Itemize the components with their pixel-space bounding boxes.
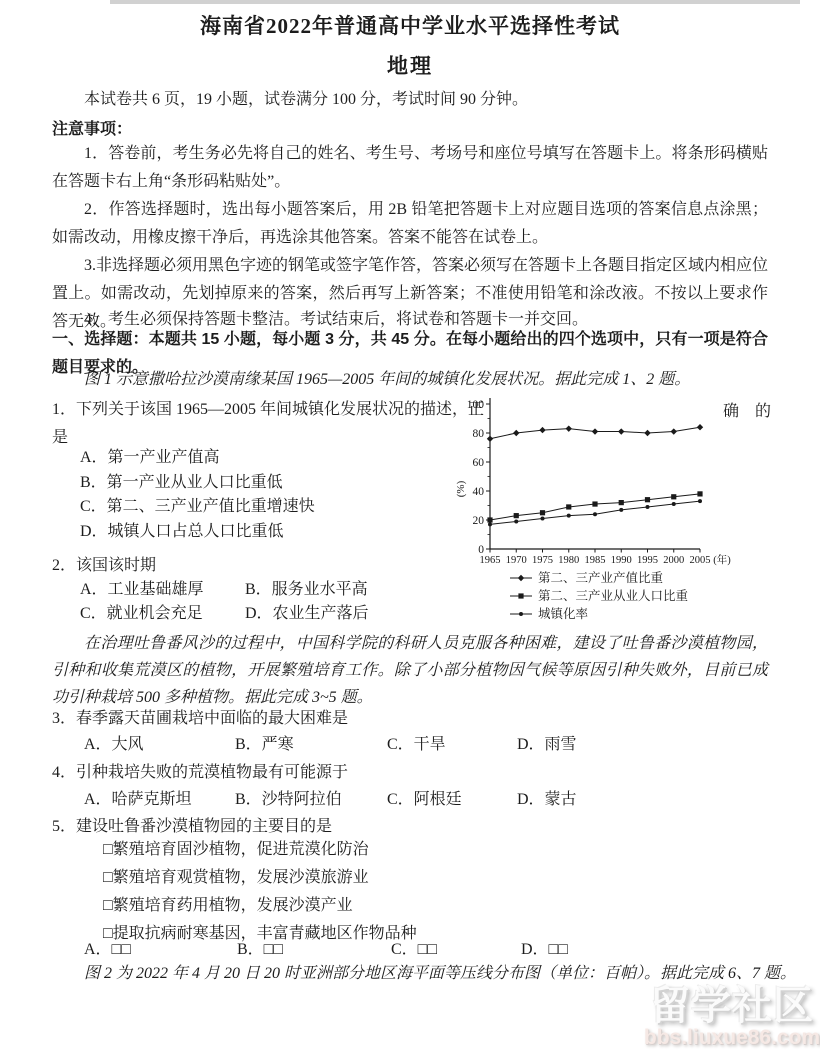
svg-text:1990: 1990 — [611, 555, 632, 566]
figure1-urbanization-chart: 0204060801001965197019751980198519901995… — [452, 392, 742, 624]
question5-option-d: D．□□ — [521, 936, 568, 959]
notice-item-2: 2．作答选择题时，选出每小题答案后，用 2B 铅笔把答题卡上对应题目选项的答案信… — [52, 196, 768, 252]
question5-statement-2: □繁殖培育观赏植物，发展沙漠旅游业 — [103, 864, 417, 892]
svg-text:2005: 2005 — [690, 555, 711, 566]
scan-artifact-strip — [110, 0, 800, 4]
svg-text:(年): (年) — [713, 553, 731, 566]
question2-stem: 2．该国该时期 — [52, 552, 156, 575]
question5-option-c: C．□□ — [391, 936, 437, 959]
svg-text:20: 20 — [473, 515, 485, 527]
svg-text:第二、三产业产值比重: 第二、三产业产值比重 — [538, 570, 663, 585]
exam-paper-page: 海南省2022年普通高中学业水平选择性考试 地理 本试卷共 6 页，19 小题，… — [0, 0, 820, 1056]
svg-text:城镇化率: 城镇化率 — [538, 606, 589, 621]
question1-stem-line2: 是 — [52, 424, 68, 447]
svg-text:100: 100 — [467, 399, 485, 411]
svg-text:1965: 1965 — [480, 555, 501, 566]
svg-text:1975: 1975 — [532, 555, 553, 566]
question4-option-d: D．蒙古 — [517, 786, 577, 809]
subject-title: 地理 — [0, 50, 820, 80]
svg-text:第二、三产业从业人口比重: 第二、三产业从业人口比重 — [538, 588, 688, 603]
svg-text:40: 40 — [473, 486, 485, 498]
question5-stem: 5．建设吐鲁番沙漠植物园的主要目的是 — [52, 813, 332, 836]
question4-option-b: B．沙特阿拉伯 — [235, 786, 342, 809]
question4-stem: 4．引种栽培失败的荒漠植物最有可能源于 — [52, 759, 348, 782]
svg-text:1995: 1995 — [637, 555, 658, 566]
question2-option-b: B．服务业水平高 — [245, 576, 368, 599]
question1-options: A．第一产业产值高 B．第一产业从业人口比重低 C．第二、三产业产值比重增速快 … — [80, 446, 315, 544]
question2-option-c: C．就业机会充足 — [80, 600, 203, 623]
paper-intro: 本试卷共 6 页，19 小题，试卷满分 100 分，考试时间 90 分钟。 — [52, 86, 768, 114]
svg-text:80: 80 — [473, 428, 485, 440]
svg-text:(%): (%) — [455, 480, 467, 497]
watermark: 留学社区 bbs.liuxue86.com — [643, 986, 820, 1048]
question1-option-b: B．第一产业从业人口比重低 — [80, 471, 315, 496]
question1-option-d: D．城镇人口占总人口比重低 — [80, 520, 315, 545]
svg-text:1980: 1980 — [558, 555, 579, 566]
watermark-url-text: bbs.liuxue86.com — [643, 1027, 820, 1048]
question5-option-a: A．□□ — [84, 936, 131, 959]
question1-stem-line1: 1．下列关于该国 1965—2005 年间城镇化发展状况的描述，正 — [52, 396, 484, 419]
question1-option-a: A．第一产业产值高 — [80, 446, 315, 471]
question3-option-c: C．干旱 — [387, 731, 446, 754]
question2-option-a: A．工业基础雄厚 — [80, 576, 204, 599]
svg-text:60: 60 — [473, 457, 485, 469]
question4-option-c: C．阿根廷 — [387, 786, 462, 809]
question3-option-b: B．严寒 — [235, 731, 294, 754]
question4-option-a: A．哈萨克斯坦 — [84, 786, 192, 809]
question3-stem: 3．春季露天苗圃栽培中面临的最大困难是 — [52, 705, 348, 728]
question5-statement-1: □繁殖培育固沙植物，促进荒漠化防治 — [103, 836, 417, 864]
watermark-logo-text: 留学社区 — [643, 986, 820, 1026]
question3-option-d: D．雨雪 — [517, 731, 577, 754]
question2-option-d: D．农业生产落后 — [245, 600, 369, 623]
context-paragraph-turpan: 在治理吐鲁番风沙的过程中，中国科学院的科研人员克服各种困难，建设了吐鲁番沙漠植物… — [52, 630, 768, 711]
question5-statement-3: □繁殖培育药用植物，发展沙漠产业 — [103, 892, 417, 920]
page-title: 海南省2022年普通高中学业水平选择性考试 — [0, 10, 820, 40]
notice-item-1: 1．答卷前，考生务必先将自己的姓名、考生号、考场号和座位号填写在答题卡上。将条形… — [52, 140, 768, 196]
question5-option-b: B．□□ — [237, 936, 283, 959]
question1-option-c: C．第二、三产业产值比重增速快 — [80, 495, 315, 520]
figure1-caption: 图 1 示意撒哈拉沙漠南缘某国 1965—2005 年间的城镇化发展状况。据此完… — [52, 366, 812, 394]
question3-option-a: A．大风 — [84, 731, 144, 754]
question5-statements: □繁殖培育固沙植物，促进荒漠化防治 □繁殖培育观赏植物，发展沙漠旅游业 □繁殖培… — [103, 836, 417, 948]
svg-text:1970: 1970 — [506, 555, 527, 566]
svg-text:1985: 1985 — [585, 555, 606, 566]
svg-text:2000: 2000 — [663, 555, 684, 566]
